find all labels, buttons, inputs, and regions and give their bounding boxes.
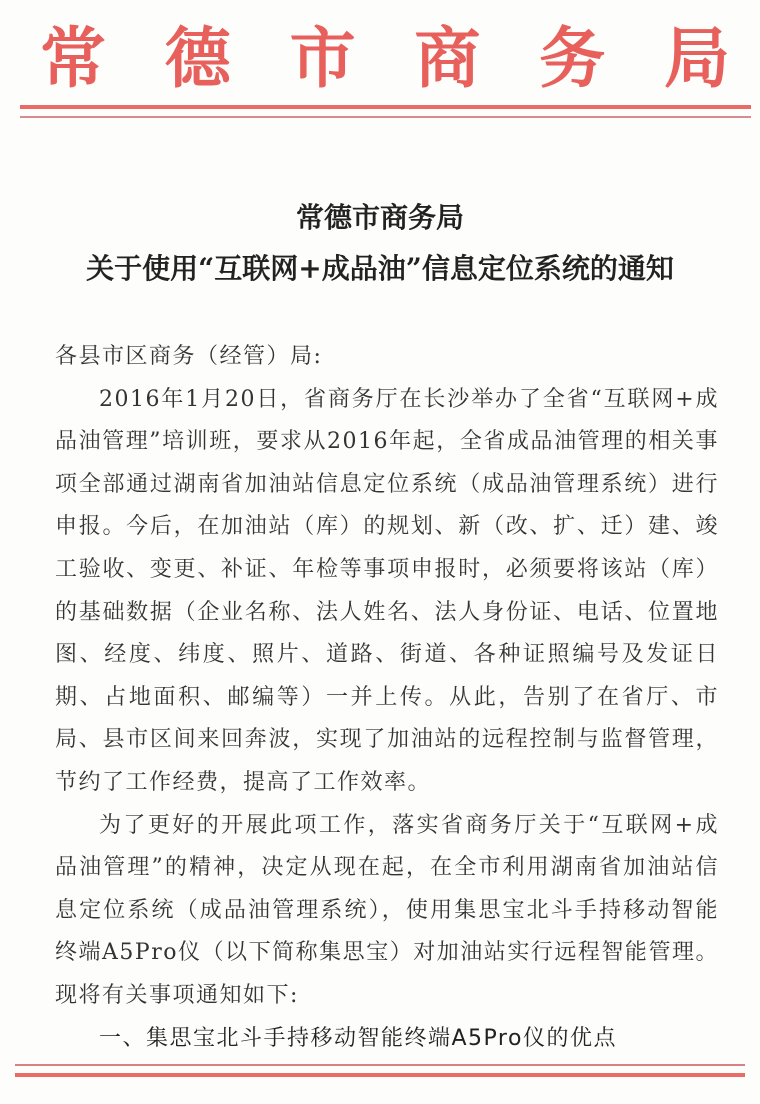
body-paragraph: 2016年1月20日，省商务厅在长沙举办了全省“互联网+成品油管理”培训班，要求… [55,379,719,805]
letterhead-char: 德 [165,18,231,98]
letterhead-char: 常 [40,18,106,98]
document-title-issuer: 常德市商务局 [0,196,760,236]
footer-rule-thick [15,1073,745,1077]
letterhead-char: 商 [414,18,480,98]
letterhead-char: 市 [290,18,356,98]
section-heading: 一、集思宝北斗手持移动智能终端A5Pro仪的优点 [55,1018,719,1061]
letterhead-masthead: 常 德 市 商 务 局 [40,18,730,98]
salutation: 各县市区商务（经管）局: [55,336,719,379]
footer-rule-thin [15,1064,745,1066]
body-paragraph: 为了更好的开展此项工作，落实省商务厅关于“互联网+成品油管理”的精神，决定从现在… [55,805,719,1018]
document-title-subject: 关于使用“互联网+成品油”信息定位系统的通知 [0,247,760,287]
letterhead-char: 局 [664,18,730,98]
header-rule-thick [20,105,751,109]
document-body: 各县市区商务（经管）局: 2016年1月20日，省商务厅在长沙举办了全省“互联网… [55,336,719,1060]
letterhead-char: 务 [539,18,605,98]
header-rule-thin [20,116,751,118]
